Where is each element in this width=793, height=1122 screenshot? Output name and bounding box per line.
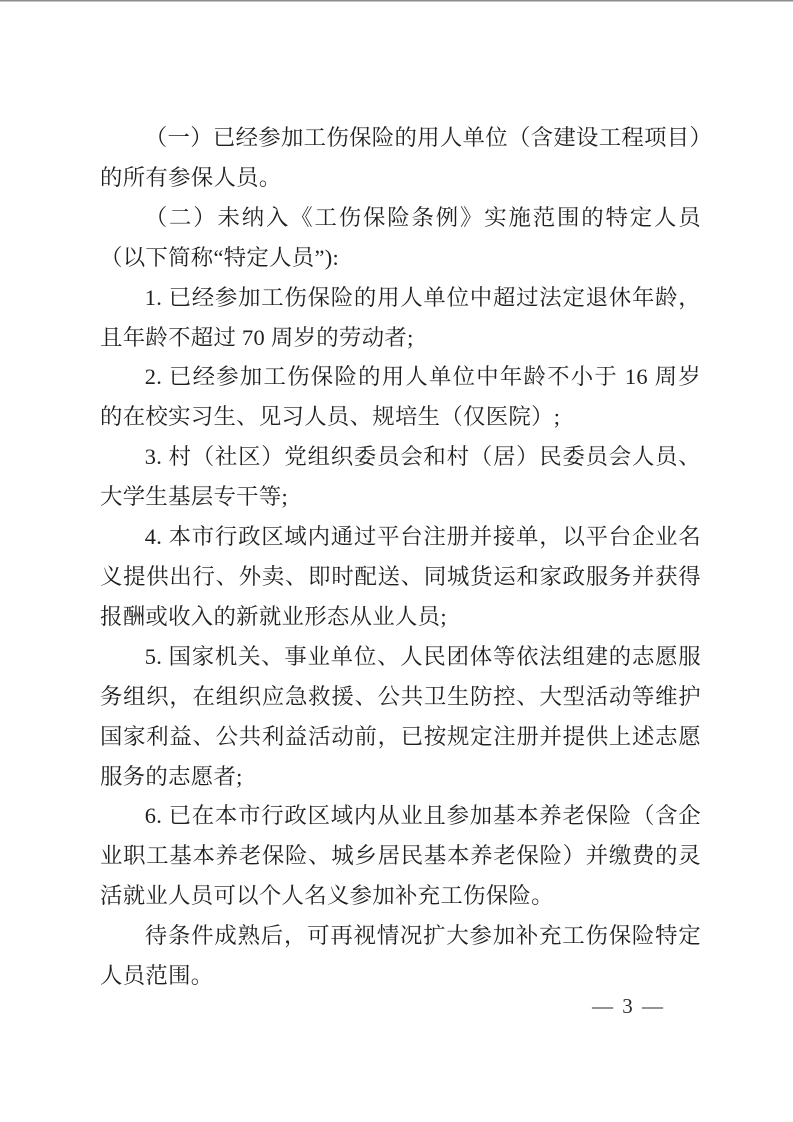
paragraph-item-1: 1. 已经参加工伤保险的用人单位中超过法定退休年龄，且年龄不超过 70 周岁的劳… — [100, 278, 701, 358]
document-page: （一）已经参加工伤保险的用人单位（含建设工程项目）的所有参保人员。 （二）未纳入… — [0, 0, 793, 1122]
paragraph-item-5: 5. 国家机关、事业单位、人民团体等依法组建的志愿服务组织，在组织应急救援、公共… — [100, 637, 701, 797]
page-number: — 3 — — [592, 992, 665, 1020]
paragraph-closing: 待条件成熟后，可再视情况扩大参加补充工伤保险特定人员范围。 — [100, 916, 701, 996]
paragraph-item-6: 6. 已在本市行政区域内从业且参加基本养老保险（含企业职工基本养老保险、城乡居民… — [100, 796, 701, 916]
paragraph-section-2: （二）未纳入《工伤保险条例》实施范围的特定人员（以下简称“特定人员”): — [100, 198, 701, 278]
paragraph-item-3: 3. 村（社区）党组织委员会和村（居）民委员会人员、大学生基层专干等; — [100, 437, 701, 517]
scan-top-edge — [0, 0, 793, 2]
paragraph-section-1: （一）已经参加工伤保险的用人单位（含建设工程项目）的所有参保人员。 — [100, 118, 701, 198]
paragraph-item-4: 4. 本市行政区域内通过平台注册并接单，以平台企业名义提供出行、外卖、即时配送、… — [100, 517, 701, 637]
document-body: （一）已经参加工伤保险的用人单位（含建设工程项目）的所有参保人员。 （二）未纳入… — [100, 118, 701, 996]
paragraph-item-2: 2. 已经参加工伤保险的用人单位中年龄不小于 16 周岁的在校实习生、见习人员、… — [100, 357, 701, 437]
